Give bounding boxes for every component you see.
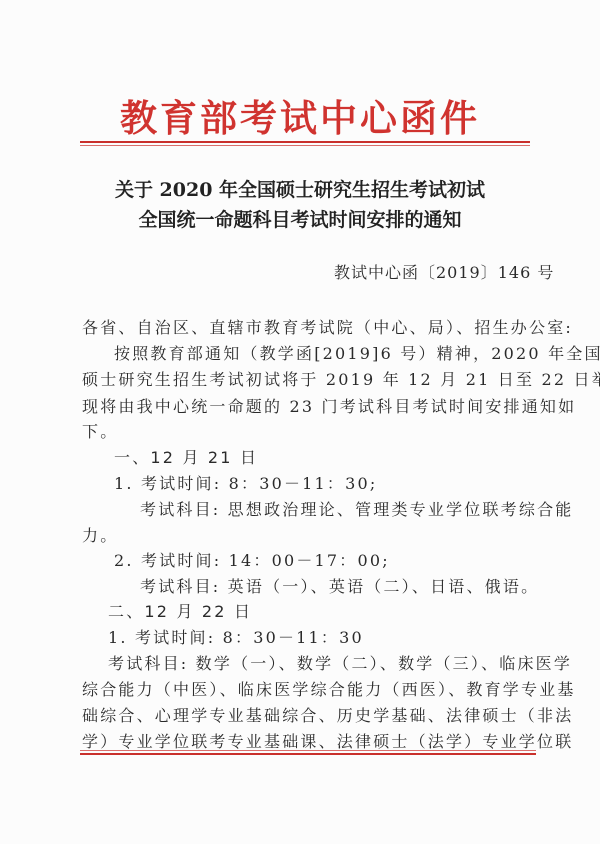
intro-line: 按照教育部通知（教学函[2019]6 号）精神，2020 年全国 bbox=[114, 342, 600, 366]
document-page: 教育部考试中心函件 关于 2020 年全国硕士研究生招生考试初试 全国统一命题科… bbox=[0, 0, 600, 844]
exam-subjects: 力。 bbox=[82, 524, 118, 548]
letterhead-divider bbox=[80, 141, 530, 146]
footer-divider bbox=[80, 750, 536, 755]
intro-line: 下。 bbox=[82, 420, 118, 444]
exam-time: 1. 考试时间: 8：30－11：30 bbox=[108, 626, 364, 650]
document-title-line1: 关于 2020 年全国硕士研究生招生考试初试 bbox=[0, 175, 600, 205]
intro-line: 硕士研究生招生考试初试将于 2019 年 12 月 21 日至 22 日举行。 bbox=[82, 368, 600, 392]
exam-subjects: 考试科目: 思想政治理论、管理类专业学位联考综合能 bbox=[140, 498, 573, 522]
salutation: 各省、自治区、直辖市教育考试院（中心、局）、招生办公室: bbox=[82, 316, 573, 340]
exam-time: 1. 考试时间: 8：30－11：30; bbox=[114, 472, 377, 496]
letterhead-title: 教育部考试中心函件 bbox=[0, 96, 600, 140]
document-number: 教试中心函〔2019〕146 号 bbox=[334, 260, 554, 283]
exam-subjects: 础综合、心理学专业基础综合、历史学基础、法律硕士（非法 bbox=[82, 704, 573, 728]
exam-subjects: 综合能力（中医）、临床医学综合能力（西医）、教育学专业基 bbox=[82, 678, 576, 702]
section-heading: 二、12 月 22 日 bbox=[108, 600, 252, 624]
intro-line: 现将由我中心统一命题的 23 门考试科目考试时间安排通知如 bbox=[82, 395, 576, 419]
document-title-line2: 全国统一命题科目考试时间安排的通知 bbox=[0, 205, 600, 235]
section-heading: 一、12 月 21 日 bbox=[114, 446, 258, 470]
exam-subjects: 考试科目: 英语（一）、英语（二）、日语、俄语。 bbox=[140, 575, 539, 599]
exam-subjects: 考试科目: 数学（一）、数学（二）、数学（三）、临床医学 bbox=[108, 652, 572, 676]
exam-time: 2. 考试时间: 14：00－17：00; bbox=[114, 549, 390, 573]
